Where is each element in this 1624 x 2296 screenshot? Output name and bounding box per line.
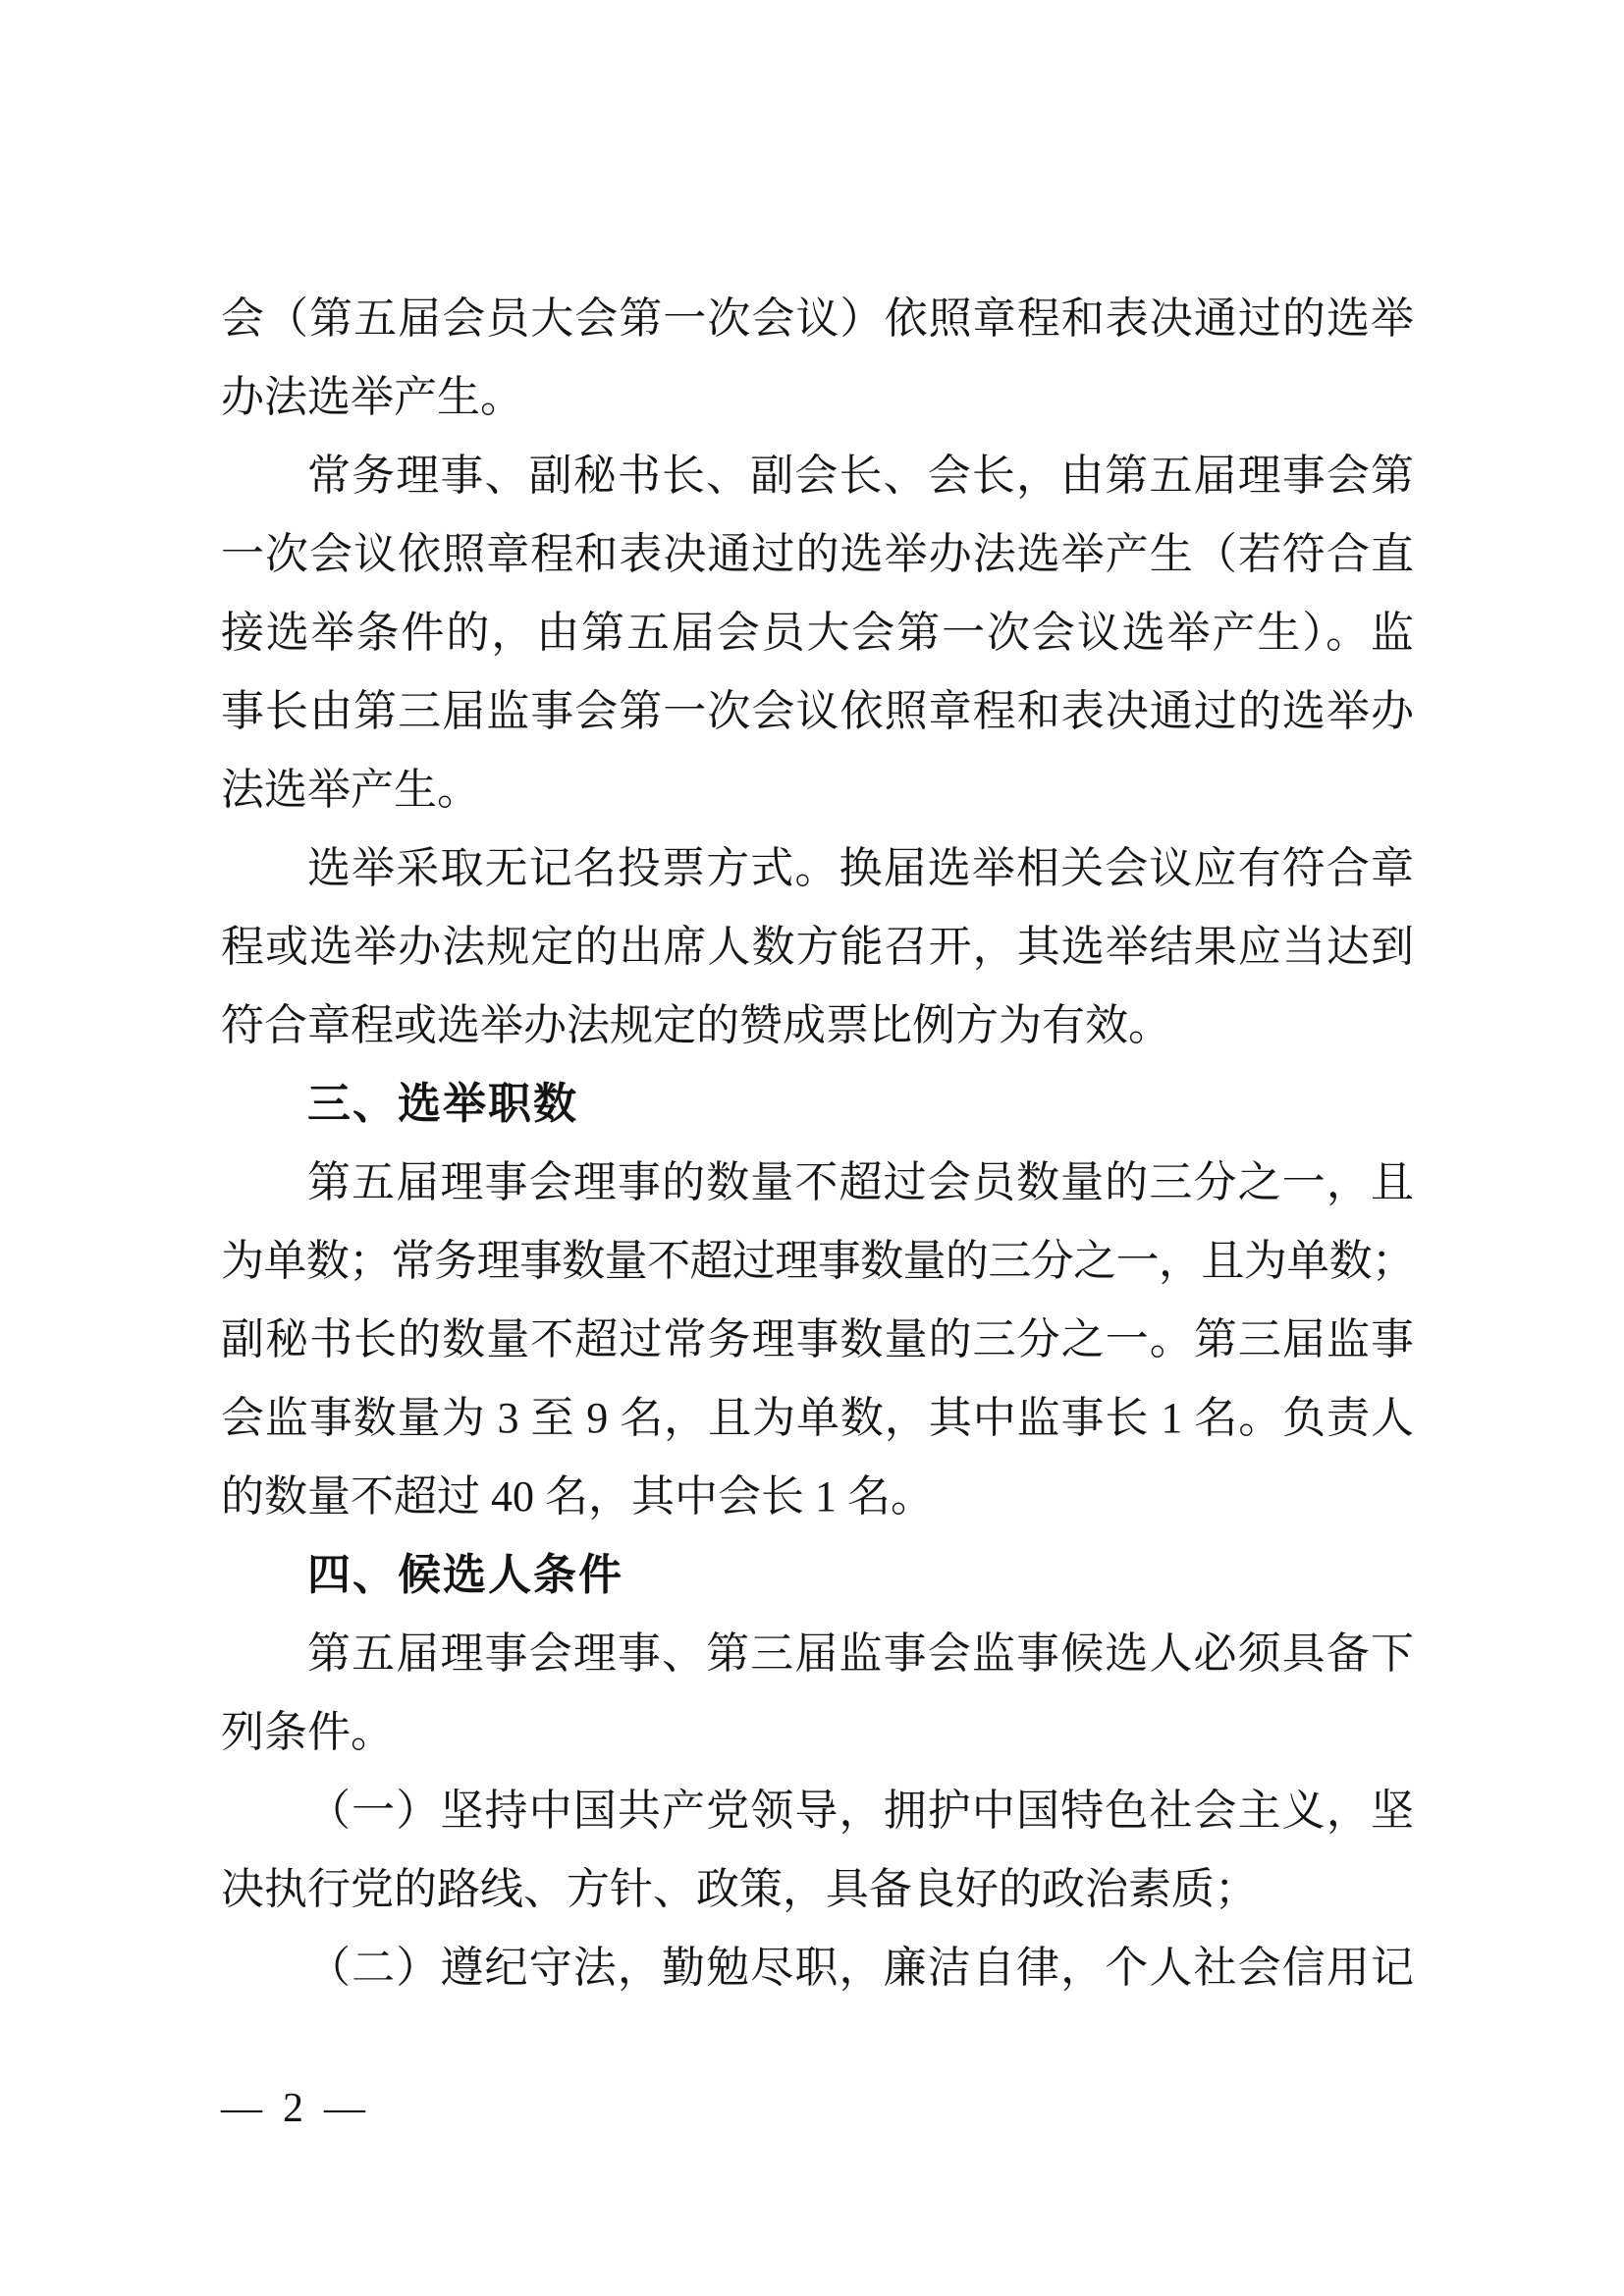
document-page: 会（第五届会员大会第一次会议）依照章程和表决通过的选举 办法选举产生。 常务理事… — [0, 0, 1624, 2296]
page-number: 2 — [283, 2083, 303, 2134]
body-line: 副秘书长的数量不超过常务理事数量的三分之一。第三届监事 — [221, 1301, 1414, 1379]
body-line: 为单数；常务理事数量不超过理事数量的三分之一，且为单数； — [221, 1222, 1414, 1301]
section-heading: 三、选举职数 — [221, 1065, 1414, 1144]
body-line: 事长由第三届监事会第一次会议依照章程和表决通过的选举办 — [221, 672, 1414, 751]
body-line: 选举采取无记名投票方式。换届选举相关会议应有符合章 — [221, 829, 1414, 908]
page-content: 会（第五届会员大会第一次会议）依照章程和表决通过的选举 办法选举产生。 常务理事… — [221, 280, 1414, 2007]
body-line: （二）遵纪守法，勤勉尽职，廉洁自律，个人社会信用记 — [221, 1929, 1414, 2007]
footer-dash-right: — — [324, 2083, 365, 2134]
body-line: （一）坚持中国共产党领导，拥护中国特色社会主义，坚 — [221, 1772, 1414, 1850]
body-line: 程或选举办法规定的出席人数方能召开，其选举结果应当达到 — [221, 908, 1414, 987]
footer-dash-left: — — [221, 2083, 262, 2134]
body-line: 会（第五届会员大会第一次会议）依照章程和表决通过的选举 — [221, 280, 1414, 358]
body-line: 的数量不超过 40 名，其中会长 1 名。 — [221, 1458, 1414, 1536]
section-heading: 四、候选人条件 — [221, 1536, 1414, 1615]
body-line: 第五届理事会理事、第三届监事会监事候选人必须具备下 — [221, 1615, 1414, 1693]
page-footer: — 2 — — [221, 2083, 365, 2134]
body-line: 常务理事、副秘书长、副会长、会长，由第五届理事会第 — [221, 437, 1414, 515]
body-line: 接选举条件的，由第五届会员大会第一次会议选举产生）。监 — [221, 594, 1414, 672]
body-line: 决执行党的路线、方针、政策，具备良好的政治素质； — [221, 1850, 1414, 1929]
body-line: 法选举产生。 — [221, 751, 1414, 829]
body-line: 符合章程或选举办法规定的赞成票比例方为有效。 — [221, 987, 1414, 1065]
body-line: 一次会议依照章程和表决通过的选举办法选举产生（若符合直 — [221, 515, 1414, 594]
body-line: 会监事数量为 3 至 9 名，且为单数，其中监事长 1 名。负责人 — [221, 1379, 1414, 1458]
body-line: 办法选举产生。 — [221, 358, 1414, 437]
body-line: 第五届理事会理事的数量不超过会员数量的三分之一，且 — [221, 1144, 1414, 1222]
body-line: 列条件。 — [221, 1693, 1414, 1772]
